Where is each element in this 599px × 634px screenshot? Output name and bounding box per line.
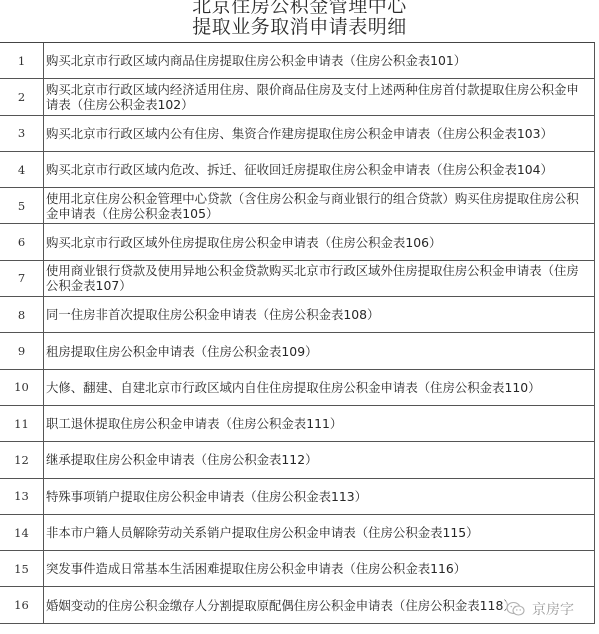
form-name: 购买北京市行政区域内经济适用住房、限价商品住房及支付上述两种住房首付款提取住房公… (44, 79, 594, 114)
form-name-text: 职工退休提取住房公积金申请表（住房公积金表111） (46, 416, 342, 431)
form-name-text: 非本市户籍人员解除劳动关系销户提取住房公积金申请表（住房公积金表115） (46, 525, 479, 540)
table-row: 7 使用商业银行贷款及使用异地公积金贷款购买北京市行政区域外住房提取住房公积金申… (0, 261, 594, 297)
document-subtitle: 提取业务取消申请表明细 (0, 18, 599, 37)
form-name-text: 购买北京市行政区域内危改、拆迁、征收回迁房提取住房公积金申请表（住房公积金表10… (46, 162, 553, 177)
form-name-text: 使用商业银行贷款及使用异地公积金贷款购买北京市行政区域外住房提取住房公积金申请表… (46, 263, 590, 293)
form-name: 职工退休提取住房公积金申请表（住房公积金表111） (44, 406, 594, 441)
table-row: 2 购买北京市行政区域内经济适用住房、限价商品住房及支付上述两种住房首付款提取住… (0, 79, 594, 115)
row-number: 6 (0, 224, 44, 259)
form-name: 大修、翻建、自建北京市行政区域内自住住房提取住房公积金申请表（住房公积金表110… (44, 370, 594, 405)
table-row: 10 大修、翻建、自建北京市行政区域内自住住房提取住房公积金申请表（住房公积金表… (0, 370, 594, 406)
row-number: 7 (0, 261, 44, 296)
form-name-text: 大修、翻建、自建北京市行政区域内自住住房提取住房公积金申请表（住房公积金表110… (46, 380, 541, 395)
form-name-text: 购买北京市行政区域内公有住房、集资合作建房提取住房公积金申请表（住房公积金表10… (46, 126, 553, 141)
form-name: 使用北京住房公积金管理中心贷款（含住房公积金与商业银行的组合贷款）购买住房提取住… (44, 188, 594, 223)
form-name-text: 婚姻变动的住房公积金缴存人分割提取原配偶住房公积金申请表（住房公积金表118） (46, 598, 516, 613)
table-row: 6 购买北京市行政区域外住房提取住房公积金申请表（住房公积金表106） (0, 224, 594, 260)
wechat-icon (506, 601, 526, 617)
table-row: 13 特殊事项销户提取住房公积金申请表（住房公积金表113） (0, 479, 594, 515)
table-row: 8 同一住房非首次提取住房公积金申请表（住房公积金表108） (0, 297, 594, 333)
form-name: 非本市户籍人员解除劳动关系销户提取住房公积金申请表（住房公积金表115） (44, 515, 594, 550)
form-name: 特殊事项销户提取住房公积金申请表（住房公积金表113） (44, 479, 594, 514)
watermark-label: 京房字 (532, 599, 574, 619)
form-name-text: 购买北京市行政区域外住房提取住房公积金申请表（住房公积金表106） (46, 235, 441, 250)
table-row: 1 购买北京市行政区域内商品住房提取住房公积金申请表（住房公积金表101） (0, 43, 594, 79)
row-number: 14 (0, 515, 44, 550)
table-row: 14 非本市户籍人员解除劳动关系销户提取住房公积金申请表（住房公积金表115） (0, 515, 594, 551)
form-name: 购买北京市行政区域内商品住房提取住房公积金申请表（住房公积金表101） (44, 43, 594, 78)
form-name-text: 继承提取住房公积金申请表（住房公积金表112） (46, 452, 317, 467)
row-number: 3 (0, 116, 44, 151)
forms-table: 1 购买北京市行政区域内商品住房提取住房公积金申请表（住房公积金表101） 2 … (0, 42, 595, 624)
form-name: 购买北京市行政区域内危改、拆迁、征收回迁房提取住房公积金申请表（住房公积金表10… (44, 152, 594, 187)
row-number: 4 (0, 152, 44, 187)
row-number: 2 (0, 79, 44, 114)
form-name: 租房提取住房公积金申请表（住房公积金表109） (44, 333, 594, 368)
row-number: 10 (0, 370, 44, 405)
row-number: 16 (0, 587, 44, 622)
row-number: 8 (0, 297, 44, 332)
row-number: 5 (0, 188, 44, 223)
row-number: 1 (0, 43, 44, 78)
form-name-text: 使用北京住房公积金管理中心贷款（含住房公积金与商业银行的组合贷款）购买住房提取住… (46, 191, 590, 221)
table-row: 4 购买北京市行政区域内危改、拆迁、征收回迁房提取住房公积金申请表（住房公积金表… (0, 152, 594, 188)
document-title: 北京住房公积金管理中心 (0, 0, 599, 16)
table-row: 12 继承提取住房公积金申请表（住房公积金表112） (0, 442, 594, 478)
form-name-text: 租房提取住房公积金申请表（住房公积金表109） (46, 344, 317, 359)
table-row: 9 租房提取住房公积金申请表（住房公积金表109） (0, 333, 594, 369)
form-name: 使用商业银行贷款及使用异地公积金贷款购买北京市行政区域外住房提取住房公积金申请表… (44, 261, 594, 296)
form-name-text: 购买北京市行政区域内经济适用住房、限价商品住房及支付上述两种住房首付款提取住房公… (46, 82, 590, 112)
row-number: 11 (0, 406, 44, 441)
form-name-text: 突发事件造成日常基本生活困难提取住房公积金申请表（住房公积金表116） (46, 561, 466, 576)
form-name-text: 同一住房非首次提取住房公积金申请表（住房公积金表108） (46, 307, 379, 322)
table-row: 3 购买北京市行政区域内公有住房、集资合作建房提取住房公积金申请表（住房公积金表… (0, 116, 594, 152)
form-name: 购买北京市行政区域内公有住房、集资合作建房提取住房公积金申请表（住房公积金表10… (44, 116, 594, 151)
row-number: 15 (0, 551, 44, 586)
table-row: 5 使用北京住房公积金管理中心贷款（含住房公积金与商业银行的组合贷款）购买住房提… (0, 188, 594, 224)
form-name: 同一住房非首次提取住房公积金申请表（住房公积金表108） (44, 297, 594, 332)
row-number: 12 (0, 442, 44, 477)
form-name: 继承提取住房公积金申请表（住房公积金表112） (44, 442, 594, 477)
row-number: 13 (0, 479, 44, 514)
table-row: 16 婚姻变动的住房公积金缴存人分割提取原配偶住房公积金申请表（住房公积金表11… (0, 587, 594, 623)
table-row: 11 职工退休提取住房公积金申请表（住房公积金表111） (0, 406, 594, 442)
form-name-text: 特殊事项销户提取住房公积金申请表（住房公积金表113） (46, 489, 367, 504)
form-name: 突发事件造成日常基本生活困难提取住房公积金申请表（住房公积金表116） (44, 551, 594, 586)
table-row: 15 突发事件造成日常基本生活困难提取住房公积金申请表（住房公积金表116） (0, 551, 594, 587)
form-name-text: 购买北京市行政区域内商品住房提取住房公积金申请表（住房公积金表101） (46, 53, 466, 68)
row-number: 9 (0, 333, 44, 368)
form-name: 购买北京市行政区域外住房提取住房公积金申请表（住房公积金表106） (44, 224, 594, 259)
watermark: 京房字 (506, 599, 574, 619)
